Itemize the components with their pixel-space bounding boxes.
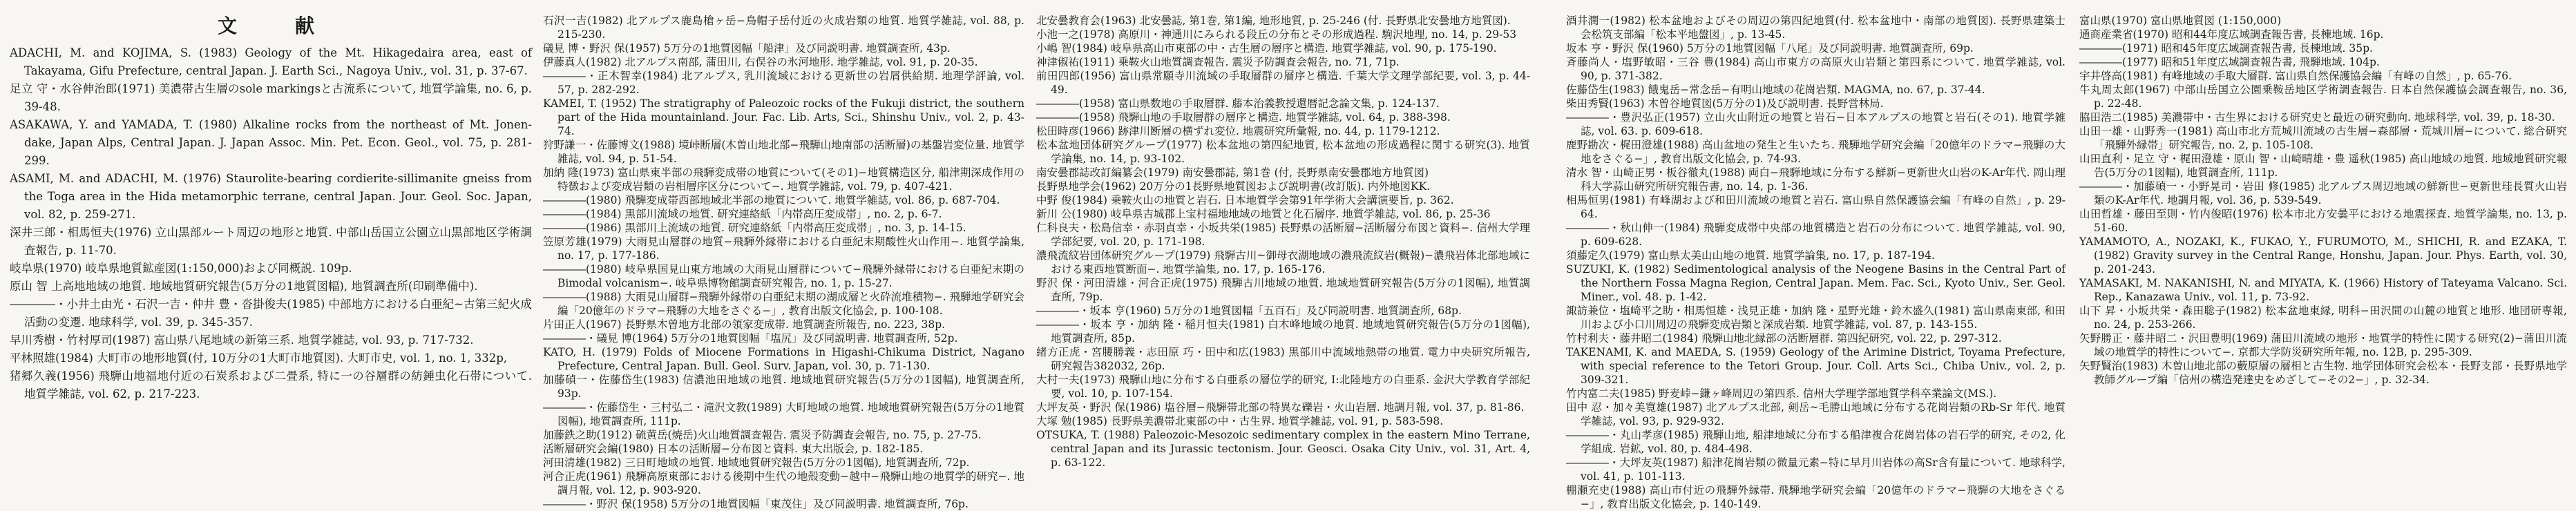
reference-entry: ――――・佐藤岱生・三村弘二・滝沢文教(1989) 大町地域の地質. 地域地質研… <box>543 401 1024 428</box>
reference-entry: 竹村利夫・藤井昭二(1984) 飛騨山地北縁部の活断層群. 第四紀研究, vol… <box>1566 331 2065 345</box>
reference-entry: 牛丸周太郎(1967) 中部山岳国立公園乗鞍岳地区学術調査報告. 日本自然保護協… <box>2079 83 2567 110</box>
reference-entry: 山田直利・足立 守・梶田澄雄・原山 智・山崎晴雄・豊 遥秋(1985) 高山地域… <box>2079 152 2567 180</box>
reference-entry: 中野 俊(1984) 乗鞍火山の地質と岩石. 日本地質学会第91年学術大会講演要… <box>1036 193 1530 207</box>
reference-entry: 大村一夫(1973) 飛騨山地に分布する白亜系の層位学的研究, Ⅰ:北陸地方の白… <box>1036 373 1530 401</box>
reference-entry: 新川 公(1980) 岐阜県吉城郡上宝村福地地域の地質と化石層序. 地質学雑誌,… <box>1036 207 1530 221</box>
reference-entry: 相馬恒男(1981) 有峰湖および和田川流域の地質と岩石. 富山県自然保護協会編… <box>1566 193 2065 221</box>
reference-entry: ――――(1958) 飛騨山地の手取層群の層序と構造. 地質学雑誌, vol. … <box>1036 110 1530 124</box>
reference-entry: 平林照雄(1984) 大町市の地形地質(付, 10万分の1大町市地質図). 大町… <box>10 349 532 367</box>
reference-entry: 前田四郎(1956) 富山県常願寺川流域の手取層群の層序と構造. 千葉大学文理学… <box>1036 69 1530 97</box>
reference-entry: 松本盆地団体研究グループ(1977) 松本盆地の第四紀地質, 松本盆地の形成過程… <box>1036 138 1530 166</box>
reference-entry: 通商産業省(1970) 昭和44年度広域調査報告書, 長棟地域. 16p. <box>2079 28 2567 41</box>
reference-entry: ――――・豊沢弘正(1957) 立山火山附近の地質と岩石−日本アルプスの地質と岩… <box>1566 110 2065 138</box>
reference-entry: ――――・小井土由光・石沢一吉・仲井 豊・沓掛俊夫(1985) 中部地方における… <box>10 296 532 331</box>
reference-entry: YAMASAKI, M. NAKANISHI, N. and MIYATA, K… <box>2079 276 2567 304</box>
reference-entry: 緒方正虎・宮腰勝義・志田原 巧・田中和広(1983) 黒部川中流域地熱帯の地質.… <box>1036 345 1530 373</box>
reference-entry: 斉藤尚人・塩野敏昭・三谷 豊(1984) 高山市東方の高原火山岩類と第四系につい… <box>1566 55 2065 83</box>
reference-entry: KATO, H. (1979) Folds of Miocene Formati… <box>543 345 1024 373</box>
reference-entry: 長野県地学会(1962) 20万分の1長野県地質図および説明書(改訂版). 内外… <box>1036 180 1530 193</box>
reference-entry: ――――・秋山伸一(1984) 飛騨変成帯中央部の地質構造と岩石の分布について.… <box>1566 221 2065 249</box>
page-title: 文 献 <box>10 11 522 39</box>
reference-entry: 矢野勝正・藤井昭二・沢田豊明(1969) 蒲田川流域の地形・地質学的特性に関する… <box>2079 331 2567 359</box>
reference-entry: 田中 忍・加々美寛雄(1987) 北アルプス北部, 剣岳~毛勝山地域に分布する花… <box>1566 401 2065 428</box>
reference-entry: ――――(1980) 飛騨変成帯西部地域北半部の地質について. 地質学雑誌, v… <box>543 193 1024 207</box>
reference-entry: 濃飛流紋岩団体研究グループ(1979) 飛騨古川~御母衣湖地域の濃飛流紋岩(概報… <box>1036 249 1530 276</box>
reference-entry: TAKENAMI, K. and MAEDA, S. (1959) Geolog… <box>1566 345 2065 387</box>
reference-entry: 小池一之(1978) 高原川・神通川にみられる段丘の分布とその形成過程. 駒沢地… <box>1036 28 1530 41</box>
reference-entry: 大坪友英・野沢 保(1986) 塩谷層−飛騨帯北部の特異な礫岩・火山岩層. 地調… <box>1036 401 1530 414</box>
reference-entry: 猪郷久義(1956) 飛騨山地福地付近の石炭系および二畳系, 特に一の谷層群の紡… <box>10 367 532 403</box>
reference-entry: 北安曇教育会(1963) 北安曇誌, 第1巻, 第1編, 地形地質, p. 25… <box>1036 14 1530 28</box>
reference-entry: 加藤碵一・佐藤岱生(1983) 信濃池田地域の地質. 地域地質研究報告(5万分の… <box>543 373 1024 401</box>
reference-entry: 石沢一吉(1982) 北アルプス鹿島槍ヶ岳−鳥帽子岳付近の火成岩類の地質. 地質… <box>543 14 1024 41</box>
reference-entry: 岐阜県(1970) 岐阜県地質鉱産図(1:150,000)および同概説. 109… <box>10 260 532 278</box>
reference-entry: 狩野謙一・佐藤博文(1988) 境峠断層(木曽山地北部−飛騨山地南部の活断層)の… <box>543 138 1024 166</box>
reference-entry: 宇井啓高(1981) 有峰地域の手取大層群. 富山県自然保護協会編「有峰の自然」… <box>2079 69 2567 83</box>
reference-entry: 山下 昇・小坂共栄・森田聡子(1982) 松本盆地東縁, 明科−田沢間の山麓の地… <box>2079 304 2567 331</box>
reference-entry: 片田正人(1967) 長野県木曽地方北部の領家変成帯. 地質調査所報告, no.… <box>543 318 1024 331</box>
reference-entry: 竹内富二夫(1985) 野麦峠−鎌ヶ峰周辺の第四系. 信州大学理学部地質学科卒業… <box>1566 387 2065 401</box>
reference-entry: 小嶋 智(1984) 岐阜県高山市東部の中・古生層の層序と構造. 地質学雑誌, … <box>1036 41 1530 55</box>
reference-entry: 河合正虎(1961) 飛騨高原東部における後期中生代の地殻変動−越中−飛騨山地の… <box>543 470 1024 497</box>
reference-entry: 坂本 亨・野沢 保(1960) 5万分の1地質図幅「八尾」及び同説明書. 地質調… <box>1566 41 2065 55</box>
reference-entry: ――――(1980) 岐阜県国見山東方地域の大雨見山層群について−飛騨外縁帯にお… <box>543 262 1024 290</box>
reference-entry: 伊藤真人(1982) 北アルプス南部, 蒲田川, 右俣谷の氷河地形. 地学雑誌,… <box>543 55 1024 69</box>
reference-entry: 活断層研究会編(1980) 日本の活断層−分布図と資料. 東大出版会, p. 1… <box>543 442 1024 456</box>
reference-entry: 加納 隆(1973) 富山県東半部の飛騨変成帯の地質について(その1)−地質構造… <box>543 166 1024 193</box>
reference-entry: 矢野賢治(1983) 木曽山地北部の藪原層の層相と古生物. 地学団体研究会松本・… <box>2079 359 2567 387</box>
reference-entry: ――――・礒見 博(1964) 5万分の1地質図幅「塩尻」及び同説明書. 地質調… <box>543 331 1024 345</box>
reference-entry: ――――・野沢 保(1958) 5万分の1地質図幅「東茂住」及び同説明書. 地質… <box>543 497 1024 511</box>
reference-entry: ――――(1986) 黒部川上流域の地質. 研究連絡紙「内帯高圧変成帯」, no… <box>543 221 1024 235</box>
reference-entry: 富山県(1970) 富山県地質図 (1:150,000) <box>2079 14 2567 28</box>
reference-entry: 河田清雄(1982) 三日町地域の地質. 地域地質研究報告(5万分の1図幅), … <box>543 456 1024 470</box>
reference-entry: ――――(1988) 大雨見山層群−飛騨外縁帯の白亜紀末期の湖成層と火砕流堆積物… <box>543 290 1024 318</box>
reference-entry: ――――(1971) 昭和45年度広域調査報告書, 長棟地域. 35p. <box>2079 41 2567 55</box>
reference-entry: 脇田浩二(1985) 美濃帯中・古生界における研究史と最近の研究動向. 地球科学… <box>2079 110 2567 124</box>
reference-entry: 礒見 博・野沢 保(1957) 5万分の1地質図幅「船津」及び同説明書. 地質調… <box>543 41 1024 55</box>
reference-entry: 松田時彦(1966) 跡津川断層の横ずれ変位. 地震研究所彙報, no. 44,… <box>1036 124 1530 138</box>
reference-entry: 深井三郎・相馬恒夫(1976) 立山黒部ルート周辺の地形と地質. 中部山岳国立公… <box>10 224 532 260</box>
reference-entry: 笠原芳雄(1979) 大雨見山層群の地質−飛騨外縁帯における白亜紀末期酸性火山作… <box>543 235 1024 262</box>
reference-entry: SUZUKI, K. (1982) Sedimentological analy… <box>1566 262 2065 304</box>
reference-entry: 鹿野勘次・梶田澄雄(1988) 高山盆地の発生と生いたち. 飛騨地学研究会編「2… <box>1566 138 2065 166</box>
reference-column-4: 酒井潤一(1982) 松本盆地およびその周辺の第四紀地質(付. 松本盆地中・南部… <box>1566 14 2065 511</box>
reference-entry: 山田一雄・山野秀一(1981) 高山市北方荒城川流域の古生層−森部層・荒城川層−… <box>2079 124 2567 152</box>
reference-entry: 清水 智・山崎正男・板谷徹丸(1988) 両白−飛騨地域に分布する鮮新−更新世火… <box>1566 166 2065 193</box>
reference-entry: 早川秀樹・竹村厚司(1987) 富山県八尾地域の新第三系. 地質学雑誌, vol… <box>10 331 532 349</box>
reference-entry: ――――・坂本 亨・加納 隆・稲月恒夫(1981) 白木峰地域の地質. 地域地質… <box>1036 318 1530 345</box>
reference-entry: 諏訪兼位・塩崎平之助・相馬恒雄・浅見正雄・加納 隆・星野光雄・鈴木盛久(1981… <box>1566 304 2065 331</box>
reference-entry: 足立 守・水谷伸治郎(1971) 美濃帯古生層のsole markingsと古流… <box>10 80 532 116</box>
reference-column-3: 北安曇教育会(1963) 北安曇誌, 第1巻, 第1編, 地形地質, p. 25… <box>1036 14 1530 470</box>
reference-entry: 柴田秀賢(1963) 木曽谷地質図(5万分の1)及び説明書. 長野営林局. <box>1566 97 2065 110</box>
reference-entry: ――――・丸山孝彦(1985) 飛騨山地, 船津地域に分布する船津複合花崗岩体の… <box>1566 428 2065 456</box>
reference-entry: 山田哲雄・藤田至則・竹内俊昭(1976) 松本市北方安曇平における地震探査. 地… <box>2079 207 2567 235</box>
reference-entry: 大塚 勉(1985) 長野県美濃帯北東部の中・古生界. 地質学雑誌, vol. … <box>1036 414 1530 428</box>
reference-entry: 須藤定久(1979) 富山県太美山山地の地質. 地質学論集, no. 17, p… <box>1566 249 2065 262</box>
reference-entry: KAMEI, T. (1952) The stratigraphy of Pal… <box>543 97 1024 138</box>
reference-entry: 棚瀬充史(1988) 高山市付近の飛騨外縁帯. 飛騨地学研究会編「20億年のドラ… <box>1566 483 2065 511</box>
reference-entry: ――――(1977) 昭和51年度広域調査報告書, 飛騨地域. 104p. <box>2079 55 2567 69</box>
reference-entry: 神津俶祐(1911) 乗鞍火山地質調査報告. 震災予防調査会報告, no. 71… <box>1036 55 1530 69</box>
reference-entry: 酒井潤一(1982) 松本盆地およびその周辺の第四紀地質(付. 松本盆地中・南部… <box>1566 14 2065 41</box>
reference-entry: ――――・坂本 亨(1960) 5万分の1地質図幅「五百石」及び同説明書. 地質… <box>1036 304 1530 318</box>
bibliography-page: 文 献 ADACHI, M. and KOJIMA, S. (1983) Geo… <box>0 0 2576 511</box>
reference-column-2: 石沢一吉(1982) 北アルプス鹿島槍ヶ岳−鳥帽子岳付近の火成岩類の地質. 地質… <box>543 14 1024 511</box>
reference-entry: 佐藤岱生(1983) 餓鬼岳−常念岳−有明山地域の花崗岩類. MAGMA, no… <box>1566 83 2065 97</box>
reference-entry: ――――・加藤碵一・小野晃司・岩田 修(1985) 北アルプス周辺地域の鮮新世−… <box>2079 180 2567 207</box>
reference-entry: ADACHI, M. and KOJIMA, S. (1983) Geology… <box>10 44 532 80</box>
reference-entry: ASAKAWA, Y. and YAMADA, T. (1980) Alkali… <box>10 116 532 170</box>
reference-entry: 仁科良夫・松島信幸・赤羽貞幸・小坂共栄(1985) 長野県の活断層−活断層分布図… <box>1036 221 1530 249</box>
reference-entry: 野沢 保・河田清雄・河合正虎(1975) 飛騨古川地域の地質. 地域地質研究報告… <box>1036 276 1530 304</box>
reference-entry: 南安曇郡誌改訂編纂会(1979) 南安曇郡誌, 第1巻 (付, 長野県南安曇郡地… <box>1036 166 1530 180</box>
reference-entry: ――――(1984) 黒部川流域の地質. 研究連絡紙「内帯高圧変成帯」, no.… <box>543 207 1024 221</box>
reference-entry: ――――・大坪友英(1987) 船津花崗岩類の微量元素−特に早月川岩体の高Sr含… <box>1566 456 2065 483</box>
reference-entry: OTSUKA, T. (1988) Paleozoic-Mesozoic sed… <box>1036 428 1530 470</box>
reference-entry: ASAMI, M. and ADACHI, M. (1976) Stauroli… <box>10 170 532 224</box>
reference-entry: ――――(1958) 富山県数地の手取層群. 藤本治義教授還暦記念論文集, p.… <box>1036 97 1530 110</box>
reference-entry: 加藤鉄之助(1912) 硫黄岳(焼岳)火山地質調査報告. 震災予防調査会報告, … <box>543 428 1024 442</box>
reference-column-5: 富山県(1970) 富山県地質図 (1:150,000)通商産業省(1970) … <box>2079 14 2567 387</box>
reference-entry: ――――・正木智幸(1984) 北アルプス, 乳川流域における更新世の岩屑供給期… <box>543 69 1024 97</box>
reference-entry: YAMAMOTO, A., NOZAKI, K., FUKAO, Y., FUR… <box>2079 235 2567 276</box>
reference-column-1: ADACHI, M. and KOJIMA, S. (1983) Geology… <box>10 44 532 403</box>
reference-entry: 原山 智 上高地地域の地質. 地域地質研究報告(5万分の1地質図幅), 地質調査… <box>10 278 532 296</box>
